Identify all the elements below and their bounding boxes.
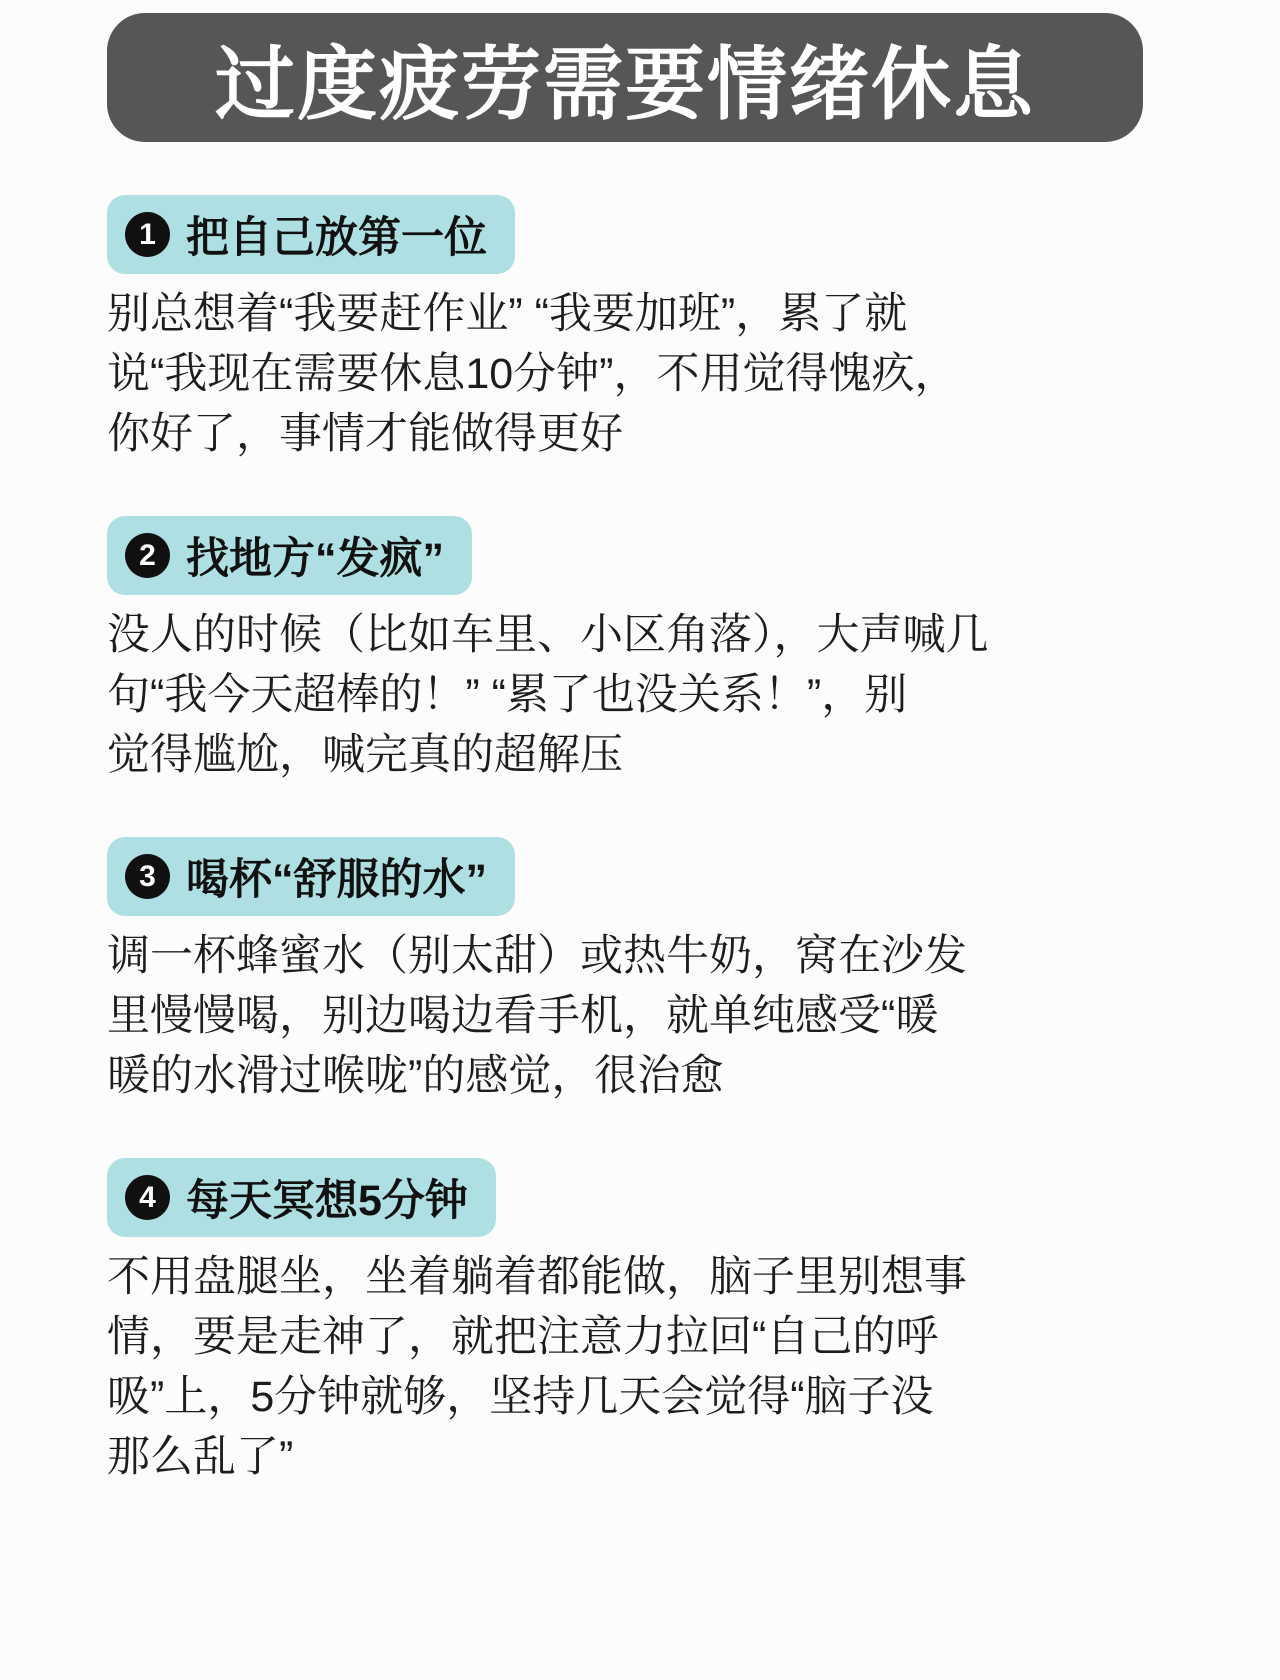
tip-2-heading-badge: 2 找地方“发疯” xyxy=(107,516,472,595)
tip-4-body-line: 不用盘腿坐，坐着躺着都能做，脑子里别想事 xyxy=(107,1247,1173,1307)
tip-1-body-line: 别总想着“我要赶作业” “我要加班”，累了就 xyxy=(107,284,1173,344)
tip-section-1: 1 把自己放第一位 别总想着“我要赶作业” “我要加班”，累了就 说“我现在需要… xyxy=(107,195,1173,464)
number-2-circle-icon: 2 xyxy=(125,533,170,578)
tip-1-heading: 把自己放第一位 xyxy=(186,204,487,265)
tip-4-body-line: 那么乱了” xyxy=(107,1427,1173,1487)
tip-1-body-line: 说“我现在需要休息10分钟”，不用觉得愧疚， xyxy=(107,344,1173,404)
tip-4-body-line: 吸”上，5分钟就够，坚持几天会觉得“脑子没 xyxy=(107,1367,1173,1427)
tip-4-body-line: 情，要是走神了，就把注意力拉回“自己的呼 xyxy=(107,1307,1173,1367)
page-title: 过度疲劳需要情绪休息 xyxy=(215,20,1035,135)
tip-3-body-line: 暖的水滑过喉咙”的感觉，很治愈 xyxy=(107,1046,1173,1106)
title-banner: 过度疲劳需要情绪休息 xyxy=(107,13,1143,142)
tip-3-heading-badge: 3 喝杯“舒服的水” xyxy=(107,837,515,916)
tip-3-body-line: 里慢慢喝，别边喝边看手机，就单纯感受“暖 xyxy=(107,986,1173,1046)
infographic-page: 过度疲劳需要情绪休息 1 把自己放第一位 别总想着“我要赶作业” “我要加班”，… xyxy=(0,0,1280,1680)
tip-3-heading: 喝杯“舒服的水” xyxy=(186,846,487,907)
tip-2-body-line: 没人的时候（比如车里、小区角落），大声喊几 xyxy=(107,605,1173,665)
tip-2-body-line: 句“我今天超棒的！” “累了也没关系！”，别 xyxy=(107,665,1173,725)
tip-section-3: 3 喝杯“舒服的水” 调一杯蜂蜜水（别太甜）或热牛奶，窝在沙发 里慢慢喝，别边喝… xyxy=(107,837,1173,1106)
tips-list: 1 把自己放第一位 别总想着“我要赶作业” “我要加班”，累了就 说“我现在需要… xyxy=(107,195,1173,1487)
tip-3-body-line: 调一杯蜂蜜水（别太甜）或热牛奶，窝在沙发 xyxy=(107,926,1173,986)
number-4-circle-icon: 4 xyxy=(125,1175,170,1220)
number-1-circle-icon: 1 xyxy=(125,212,170,257)
tip-2-body-line: 觉得尴尬，喊完真的超解压 xyxy=(107,725,1173,785)
tip-section-4: 4 每天冥想5分钟 不用盘腿坐，坐着躺着都能做，脑子里别想事 情，要是走神了，就… xyxy=(107,1158,1173,1487)
tip-1-body-line: 你好了，事情才能做得更好 xyxy=(107,404,1173,464)
tip-section-2: 2 找地方“发疯” 没人的时候（比如车里、小区角落），大声喊几 句“我今天超棒的… xyxy=(107,516,1173,785)
tip-4-heading: 每天冥想5分钟 xyxy=(186,1167,468,1228)
tip-2-heading: 找地方“发疯” xyxy=(186,525,444,586)
tip-4-heading-badge: 4 每天冥想5分钟 xyxy=(107,1158,496,1237)
number-3-circle-icon: 3 xyxy=(125,854,170,899)
tip-1-heading-badge: 1 把自己放第一位 xyxy=(107,195,515,274)
